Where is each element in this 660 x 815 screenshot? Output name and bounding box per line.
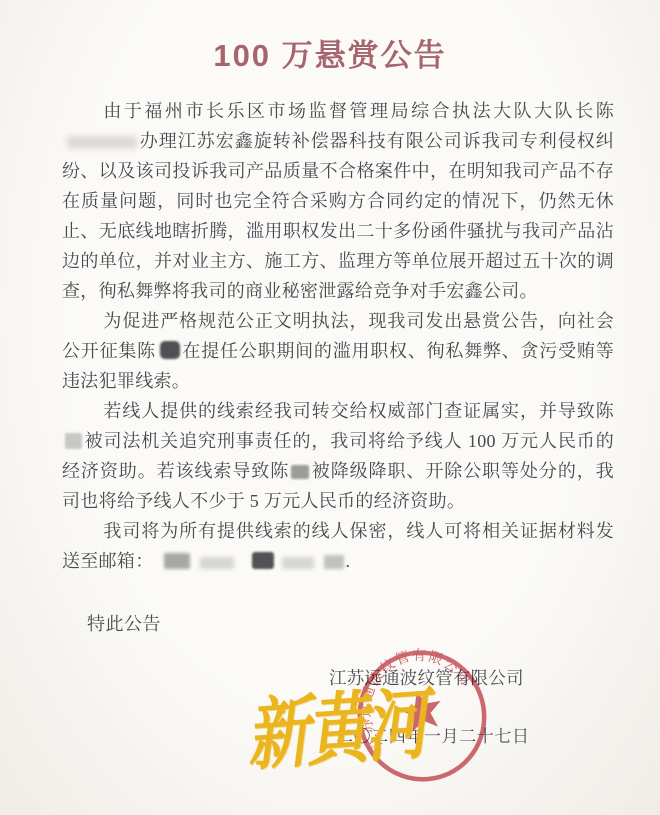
redaction-block [282,557,314,569]
paragraph-text: 办理江苏宏鑫旋转补偿器科技有限公司诉我司专利侵权纠纷、以及该司投诉我司产品质量不… [62,131,614,301]
paragraph: 为促进严格规范公正文明执法，现我司发出悬赏公告，向社会公开征集陈在提任公职期间的… [62,306,614,396]
watermark-text: 新黄河 [244,684,427,778]
redaction-block [65,433,82,449]
document-body: 由于福州市长乐区市场监督管理局综合执法大队大队长陈办理江苏宏鑫旋转补偿器科技有限… [62,96,614,576]
closing-line: 特此公告 [87,610,161,636]
redaction-block [291,465,309,479]
paragraph-text: 若线人提供的线索经我司转交给权威部门查证属实，并导致陈 [103,401,614,421]
redaction-block [160,341,180,359]
paragraph-text: 由于福州市长乐区市场监督管理局综合执法大队大队长陈 [103,101,614,121]
document-page: 100 万悬赏公告 由于福州市长乐区市场监督管理局综合执法大队大队长陈办理江苏宏… [0,0,660,815]
redaction-block [164,553,190,569]
paragraph: 若线人提供的线索经我司转交给权威部门查证属实，并导致陈被司法机关追究刑事责任的，… [62,396,614,516]
paragraph: 我司将为所有提供线索的线人保密，线人可将相关证据材料发送至邮箱：. [62,516,614,576]
redaction-block [67,136,137,149]
paragraph: 由于福州市长乐区市场监督管理局综合执法大队大队长陈办理江苏宏鑫旋转补偿器科技有限… [62,96,614,306]
redaction-block [252,552,274,569]
document-title: 100 万悬赏公告 [0,30,660,75]
redaction-block [324,555,344,569]
redaction-block [200,557,234,569]
paragraph-text: . [346,551,351,571]
